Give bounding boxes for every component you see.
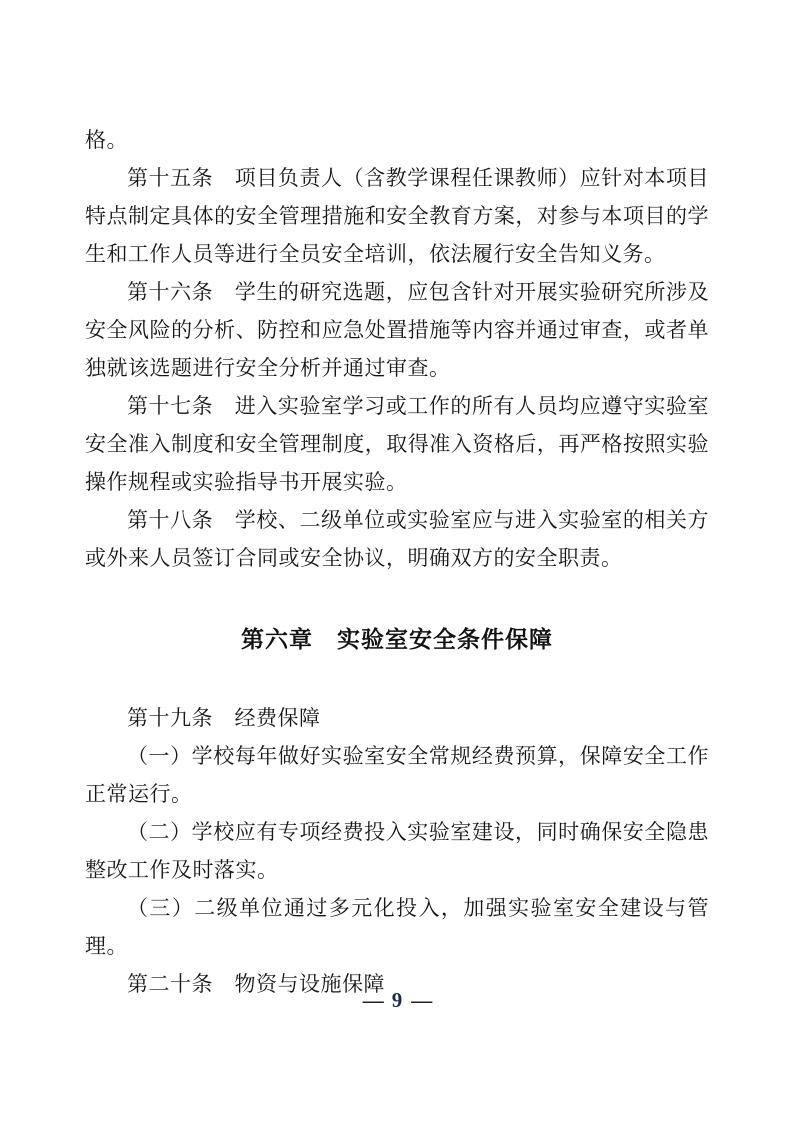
article-18-paragraph: 第十八条 学校、二级单位或实验室应与进入实验室的相关方或外来人员签订合同或安全协…	[85, 501, 709, 577]
article-19-clause-2: （二）学校应有专项经费投入实验室建设，同时确保安全隐患整改工作及时落实。	[85, 813, 709, 889]
chapter-heading: 第六章 实验室安全条件保障	[85, 620, 709, 658]
article-16-paragraph: 第十六条 学生的研究选题，应包含针对开展实验研究所涉及安全风险的分析、防控和应急…	[85, 273, 709, 387]
article-17-paragraph: 第十七条 进入实验室学习或工作的所有人员均应遵守实验室安全准入制度和安全管理制度…	[85, 387, 709, 501]
continuation-paragraph: 格。	[85, 121, 709, 159]
article-15-paragraph: 第十五条 项目负责人（含教学课程任课教师）应针对本项目特点制定具体的安全管理措施…	[85, 159, 709, 273]
article-19-clause-3: （三）二级单位通过多元化投入，加强实验室安全建设与管理。	[85, 889, 709, 965]
page-number: 9	[392, 988, 403, 1012]
page-number-dash-left: —	[363, 988, 383, 1012]
page-number-dash-right: —	[411, 988, 431, 1012]
page-footer: —9—	[0, 988, 794, 1012]
article-19-title: 第十九条 经费保障	[85, 699, 709, 737]
document-content: 格。 第十五条 项目负责人（含教学课程任课教师）应针对本项目特点制定具体的安全管…	[85, 121, 709, 1003]
article-19-clause-1: （一）学校每年做好实验室安全常规经费预算，保障安全工作正常运行。	[85, 737, 709, 813]
document-page: 格。 第十五条 项目负责人（含教学课程任课教师）应针对本项目特点制定具体的安全管…	[0, 0, 794, 1123]
